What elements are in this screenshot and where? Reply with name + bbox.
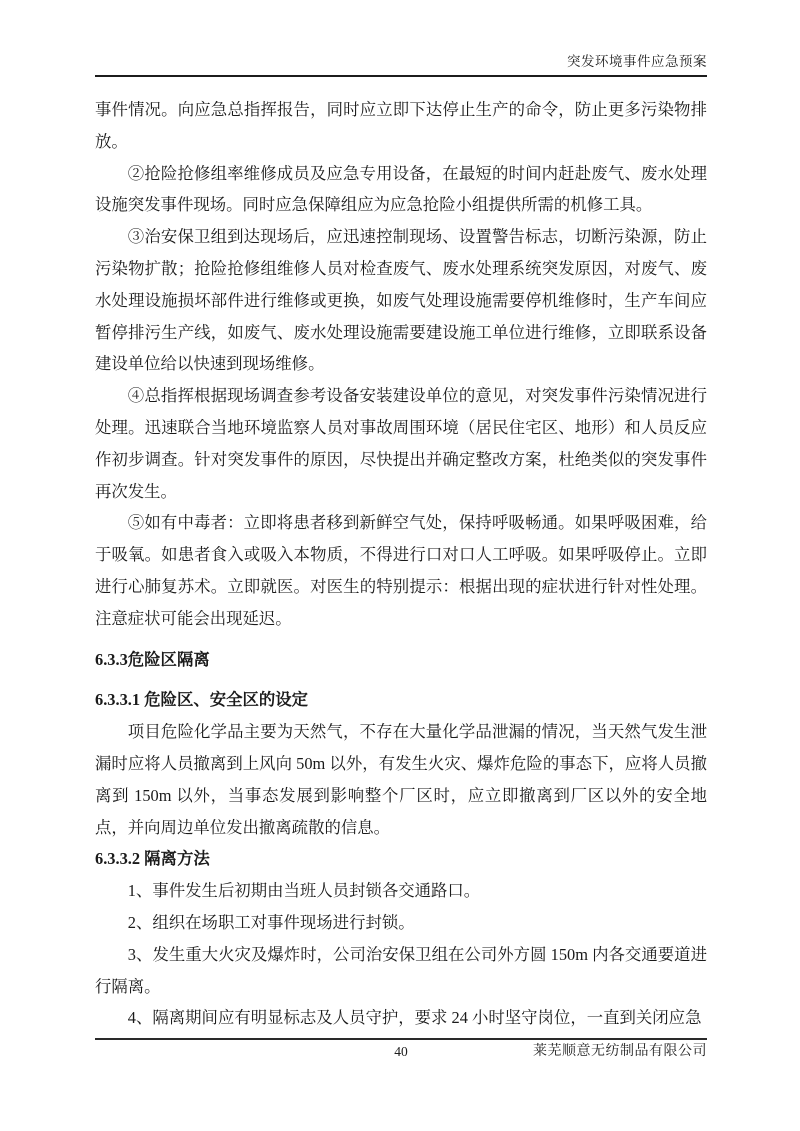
body-paragraph: ②抢险抢修组率维修成员及应急专用设备，在最短的时间内赶赴废气、废水处理设施突发事… (95, 158, 707, 222)
body-paragraph: ④总指挥根据现场调查参考设备安装建设单位的意见，对突发事件污染情况进行处理。迅速… (95, 380, 707, 507)
body-paragraph: ③治安保卫组到达现场后，应迅速控制现场、设置警告标志，切断污染源，防止污染物扩散… (95, 221, 707, 380)
footer-company-name: 莱芜顺意无纺制品有限公司 (95, 1043, 707, 1061)
body-paragraph: 事件情况。向应急总指挥报告，同时应立即下达停止生产的命令，防止更多污染物排放。 (95, 94, 707, 158)
section-heading-6-3-3-1: 6.3.3.1 危险区、安全区的设定 (95, 684, 707, 716)
list-item: 3、发生重大火灾及爆炸时，公司治安保卫组在公司外方圆 150m 内各交通要道进行… (95, 939, 707, 1003)
body-paragraph: 项目危险化学品主要为天然气，不存在大量化学品泄漏的情况，当天然气发生泄漏时应将人… (95, 716, 707, 843)
page-header-title: 突发环境事件应急预案 (95, 54, 707, 70)
document-body: 事件情况。向应急总指挥报告，同时应立即下达停止生产的命令，防止更多污染物排放。 … (95, 94, 707, 1034)
footer-rule (95, 1038, 707, 1040)
section-heading-6-3-3-2: 6.3.3.2 隔离方法 (95, 843, 707, 875)
list-item: 4、隔离期间应有明显标志及人员守护，要求 24 小时坚守岗位，一直到关闭应急 (95, 1002, 707, 1034)
header-rule (95, 75, 707, 77)
document-page: 突发环境事件应急预案 事件情况。向应急总指挥报告，同时应立即下达停止生产的命令，… (0, 0, 800, 1131)
list-item: 2、组织在场职工对事件现场进行封锁。 (95, 907, 707, 939)
body-paragraph: ⑤如有中毒者：立即将患者移到新鲜空气处，保持呼吸畅通。如果呼吸困难，给于吸氧。如… (95, 507, 707, 634)
list-item: 1、事件发生后初期由当班人员封锁各交通路口。 (95, 875, 707, 907)
section-heading-6-3-3: 6.3.3危险区隔离 (95, 644, 707, 676)
